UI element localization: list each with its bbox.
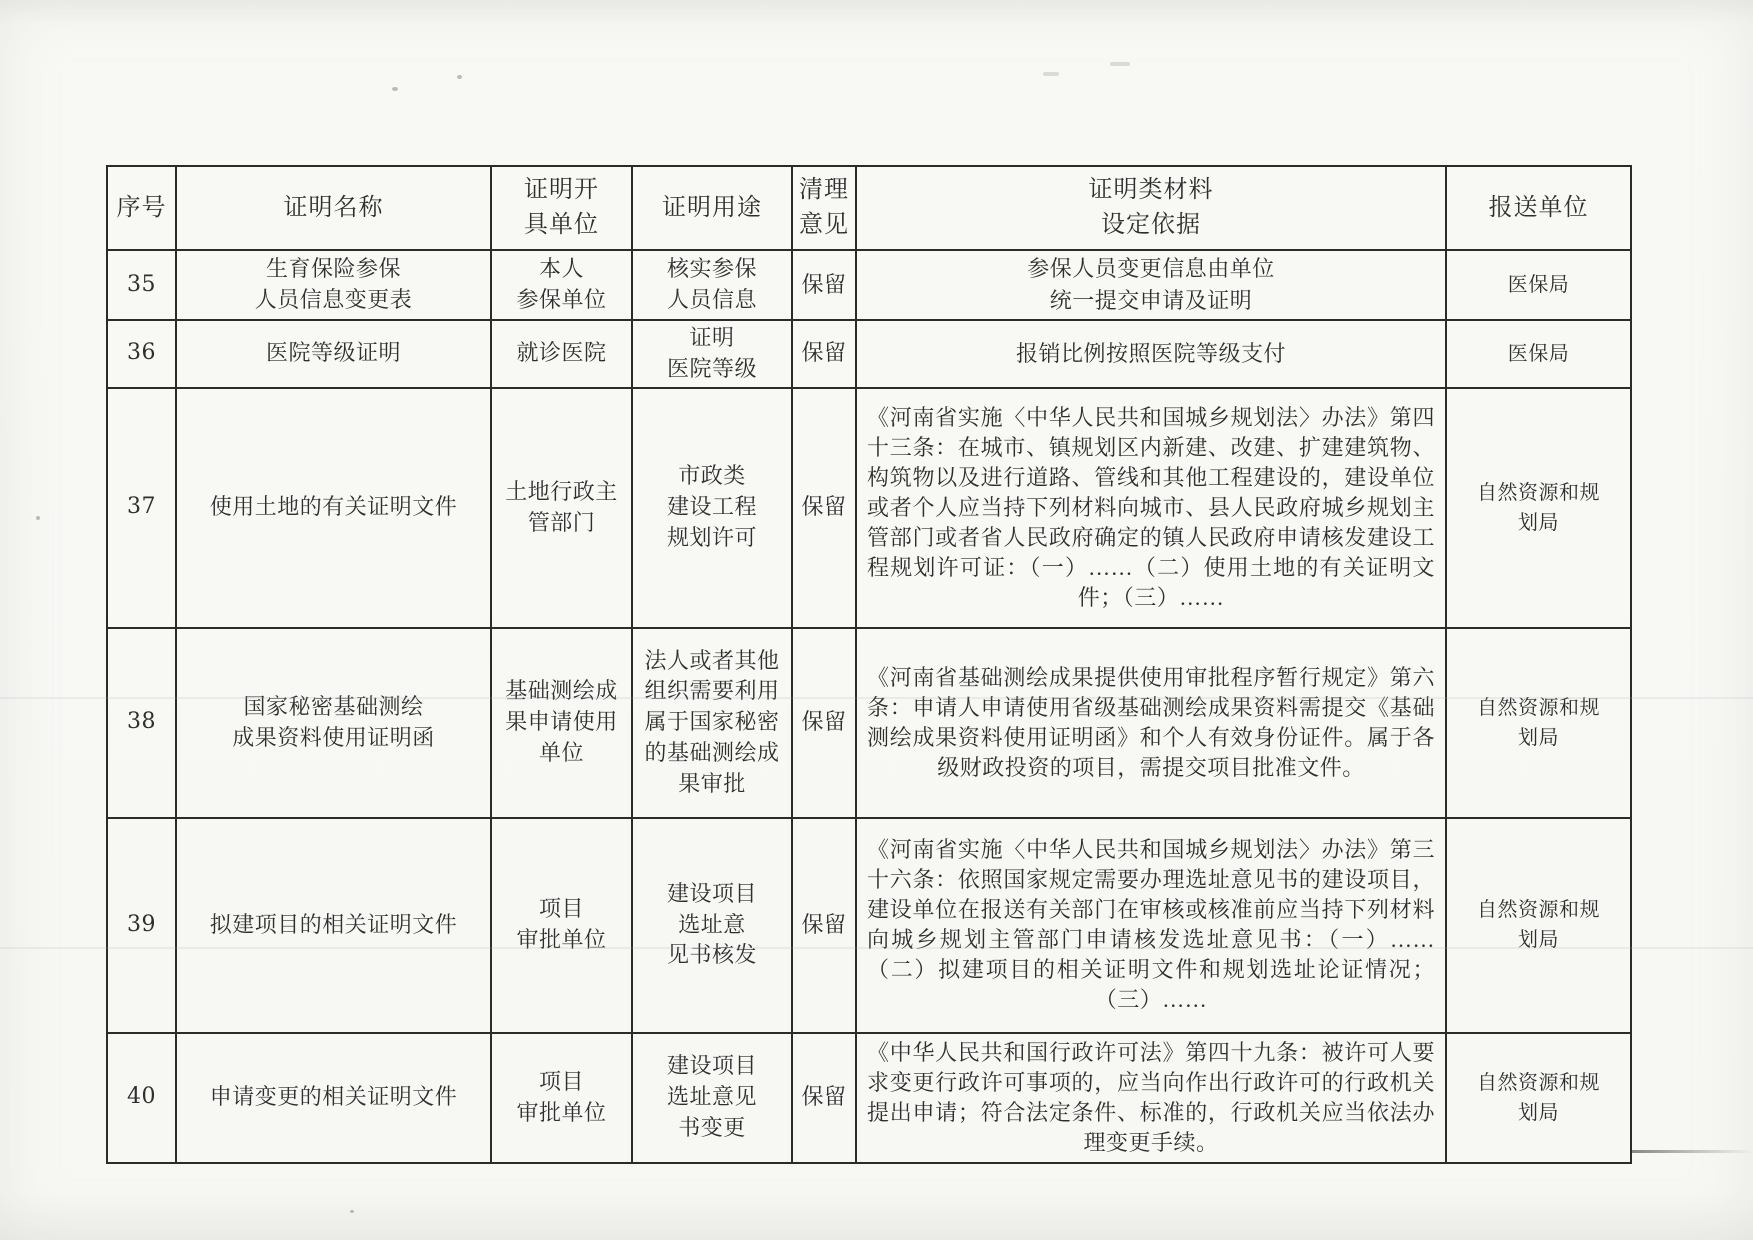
cell-unit: 医保局 [1446, 250, 1631, 320]
table-row: 35生育保险参保 人员信息变更表本人 参保单位核实参保 人员信息保留参保人员变更… [107, 250, 1631, 320]
cell-issuer: 项目 审批单位 [491, 818, 632, 1033]
cell-opinion: 保留 [792, 250, 856, 320]
cell-no: 36 [107, 320, 176, 388]
scan-speck [457, 75, 462, 79]
cell-basis: 参保人员变更信息由单位 统一提交申请及证明 [856, 250, 1446, 320]
cell-unit: 医保局 [1446, 320, 1631, 388]
cell-purpose: 建设项目 选址意见 书变更 [632, 1033, 792, 1163]
cell-name: 医院等级证明 [176, 320, 491, 388]
table-header: 序号证明名称证明开 具单位证明用途清理 意见证明类材料 设定依据报送单位 [107, 166, 1631, 250]
cell-name: 国家秘密基础测绘 成果资料使用证明函 [176, 628, 491, 818]
cell-name: 拟建项目的相关证明文件 [176, 818, 491, 1033]
cell-unit: 自然资源和规 划局 [1446, 628, 1631, 818]
table-row: 40申请变更的相关证明文件项目 审批单位建设项目 选址意见 书变更保留《中华人民… [107, 1033, 1631, 1163]
cell-purpose: 建设项目 选址意 见书核发 [632, 818, 792, 1033]
table-row: 37使用土地的有关证明文件土地行政主 管部门市政类 建设工程 规划许可保留《河南… [107, 388, 1631, 628]
cell-no: 40 [107, 1033, 176, 1163]
scanner-line [0, 697, 1753, 699]
cell-purpose: 证明 医院等级 [632, 320, 792, 388]
scan-smudge [1043, 72, 1059, 76]
cell-basis: 《河南省实施〈中华人民共和国城乡规划法〉办法》第三十六条：依照国家规定需要办理选… [856, 818, 1446, 1033]
cell-basis: 报销比例按照医院等级支付 [856, 320, 1446, 388]
cell-no: 38 [107, 628, 176, 818]
column-header-name: 证明名称 [176, 166, 491, 250]
cell-unit: 自然资源和规 划局 [1446, 818, 1631, 1033]
cell-opinion: 保留 [792, 628, 856, 818]
cell-purpose: 法人或者其他 组织需要利用 属于国家秘密 的基础测绘成 果审批 [632, 628, 792, 818]
cell-basis: 《中华人民共和国行政许可法》第四十九条：被许可人要求变更行政许可事项的，应当向作… [856, 1033, 1446, 1163]
column-header-no: 序号 [107, 166, 176, 250]
column-header-issuer: 证明开 具单位 [491, 166, 632, 250]
cell-unit: 自然资源和规 划局 [1446, 388, 1631, 628]
scanned-document-page: 序号证明名称证明开 具单位证明用途清理 意见证明类材料 设定依据报送单位 35生… [0, 0, 1753, 1240]
scan-speck [36, 516, 40, 520]
cell-name: 申请变更的相关证明文件 [176, 1033, 491, 1163]
cell-name: 生育保险参保 人员信息变更表 [176, 250, 491, 320]
scanner-line [0, 947, 1753, 949]
table-row: 38国家秘密基础测绘 成果资料使用证明函基础测绘成 果申请使用 单位法人或者其他… [107, 628, 1631, 818]
certificates-table: 序号证明名称证明开 具单位证明用途清理 意见证明类材料 设定依据报送单位 35生… [106, 165, 1632, 1164]
table-row: 39拟建项目的相关证明文件项目 审批单位建设项目 选址意 见书核发保留《河南省实… [107, 818, 1631, 1033]
cell-no: 35 [107, 250, 176, 320]
scan-smudge [1110, 62, 1130, 66]
scan-speck [350, 1210, 354, 1213]
cell-opinion: 保留 [792, 320, 856, 388]
table-body: 35生育保险参保 人员信息变更表本人 参保单位核实参保 人员信息保留参保人员变更… [107, 250, 1631, 1163]
cell-issuer: 本人 参保单位 [491, 250, 632, 320]
scan-streak [1630, 1150, 1753, 1153]
scan-speck [392, 87, 398, 91]
column-header-opinion: 清理 意见 [792, 166, 856, 250]
table-row: 36医院等级证明就诊医院证明 医院等级保留报销比例按照医院等级支付医保局 [107, 320, 1631, 388]
cell-issuer: 基础测绘成 果申请使用 单位 [491, 628, 632, 818]
cell-opinion: 保留 [792, 388, 856, 628]
cell-purpose: 核实参保 人员信息 [632, 250, 792, 320]
cell-no: 39 [107, 818, 176, 1033]
cell-issuer: 项目 审批单位 [491, 1033, 632, 1163]
cell-no: 37 [107, 388, 176, 628]
cell-name: 使用土地的有关证明文件 [176, 388, 491, 628]
column-header-unit: 报送单位 [1446, 166, 1631, 250]
cell-unit: 自然资源和规 划局 [1446, 1033, 1631, 1163]
cell-basis: 《河南省基础测绘成果提供使用审批程序暂行规定》第六条：申请人申请使用省级基础测绘… [856, 628, 1446, 818]
cell-basis: 《河南省实施〈中华人民共和国城乡规划法〉办法》第四十三条：在城市、镇规划区内新建… [856, 388, 1446, 628]
header-row: 序号证明名称证明开 具单位证明用途清理 意见证明类材料 设定依据报送单位 [107, 166, 1631, 250]
column-header-purpose: 证明用途 [632, 166, 792, 250]
column-header-basis: 证明类材料 设定依据 [856, 166, 1446, 250]
cell-opinion: 保留 [792, 1033, 856, 1163]
cell-issuer: 土地行政主 管部门 [491, 388, 632, 628]
cell-purpose: 市政类 建设工程 规划许可 [632, 388, 792, 628]
cell-issuer: 就诊医院 [491, 320, 632, 388]
cell-opinion: 保留 [792, 818, 856, 1033]
